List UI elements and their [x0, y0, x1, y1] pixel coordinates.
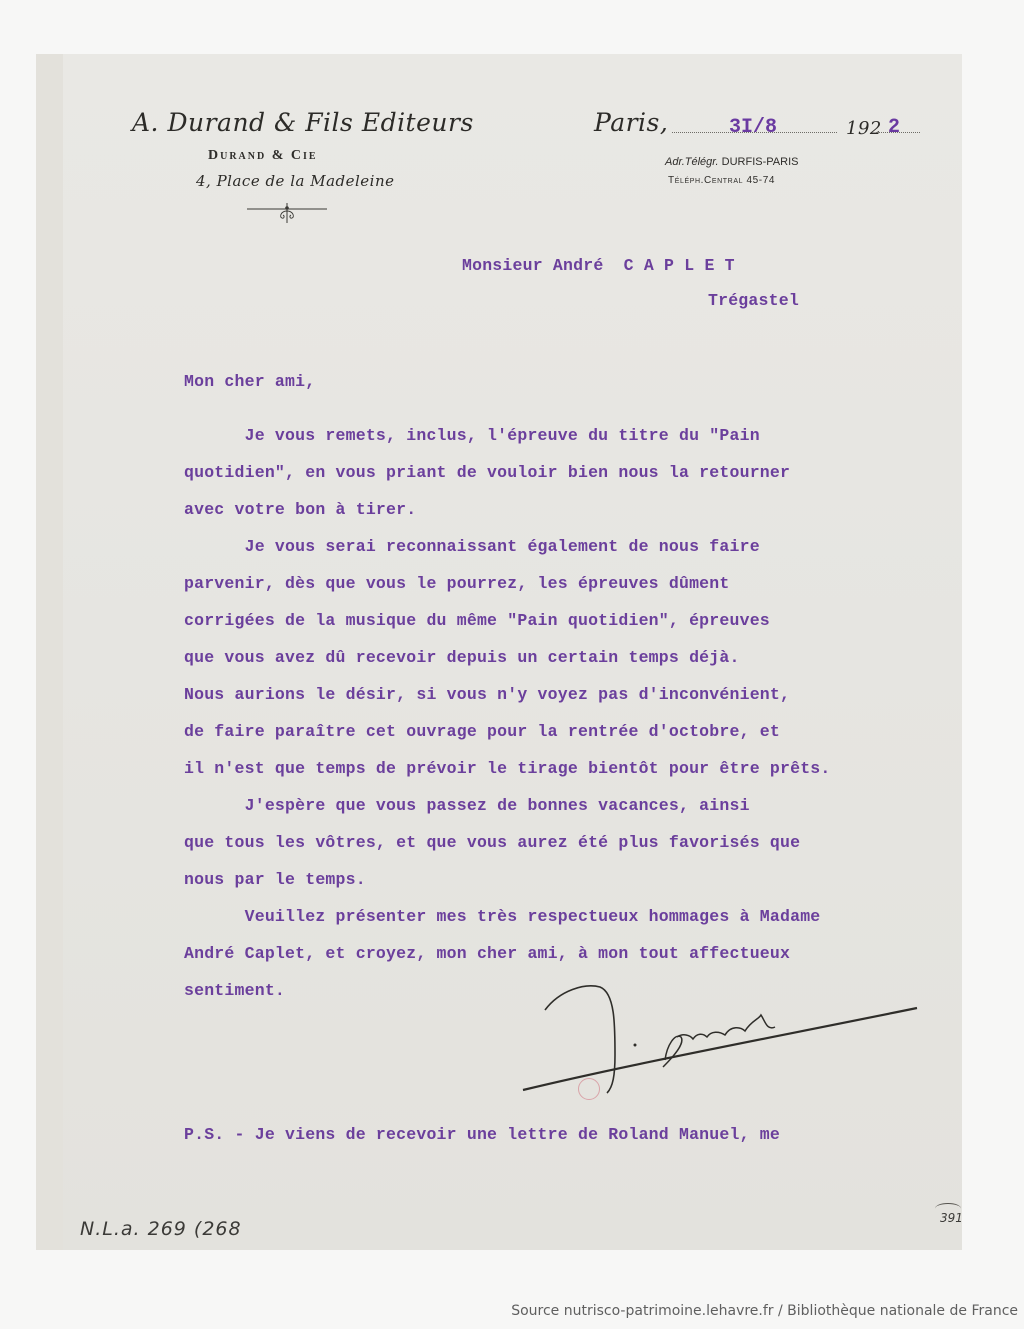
year-digit: 2 [888, 116, 900, 139]
body-line: il n'est que temps de prévoir le tirage … [184, 759, 831, 778]
year-prefix: 192 [846, 118, 882, 139]
telegraph-value: DURFIS-PARIS [722, 156, 799, 168]
source-caption: Source nutrisco-patrimoine.lehavre.fr / … [511, 1303, 1018, 1319]
body-line: avec votre bon à tirer. [184, 500, 416, 519]
signature-icon [515, 975, 925, 1100]
year-dotted-line [876, 132, 920, 133]
letter-date: 3I/8 [729, 116, 777, 139]
body-line: parvenir, dès que vous le pourrez, les é… [184, 574, 730, 593]
library-stamp-icon [578, 1078, 600, 1100]
telephone: Téléph.Central 45-74 [668, 175, 775, 186]
body-line: Je vous remets, inclus, l'épreuve du tit… [184, 426, 760, 445]
body-line: corrigées de la musique du même "Pain qu… [184, 611, 770, 630]
body-line: de faire paraître cet ouvrage pour la re… [184, 722, 780, 741]
city-label: Paris, [594, 108, 668, 137]
body-line: J'espère que vous passez de bonnes vacan… [184, 796, 750, 815]
shelfmark: N.L.a. 269 (268 [80, 1218, 242, 1240]
recipient-name: Monsieur André C A P L E T [462, 256, 735, 275]
page-edge-strip [36, 54, 63, 1250]
body-line: quotidien", en vous priant de vouloir bi… [184, 463, 790, 482]
body-line: nous par le temps. [184, 870, 366, 889]
body-line: Je vous serai reconnaissant également de… [184, 537, 760, 556]
salutation: Mon cher ami, [184, 372, 315, 391]
firm-name: A. Durand & Fils Editeurs [132, 108, 474, 137]
body-line: Nous aurions le désir, si vous n'y voyez… [184, 685, 790, 704]
telegraph-label: Adr.Télégr. [665, 156, 719, 168]
folio-number: 391 [940, 1211, 963, 1225]
postscript: P.S. - Je viens de recevoir une lettre d… [184, 1125, 780, 1144]
body-line: Veuillez présenter mes très respectueux … [184, 907, 820, 926]
ornament-flourish-icon [247, 203, 327, 223]
body-line: sentiment. [184, 981, 285, 1000]
body-line: que vous avez dû recevoir depuis un cert… [184, 648, 740, 667]
firm-subtitle: Durand & Cie [208, 148, 318, 164]
body-line: André Caplet, et croyez, mon cher ami, à… [184, 944, 790, 963]
firm-address: 4, Place de la Madeleine [196, 172, 395, 190]
body-line: que tous les vôtres, et que vous aurez é… [184, 833, 800, 852]
telegraph-address: Adr.Télégr. DURFIS-PARIS [665, 156, 798, 168]
recipient-location: Trégastel [708, 291, 799, 310]
